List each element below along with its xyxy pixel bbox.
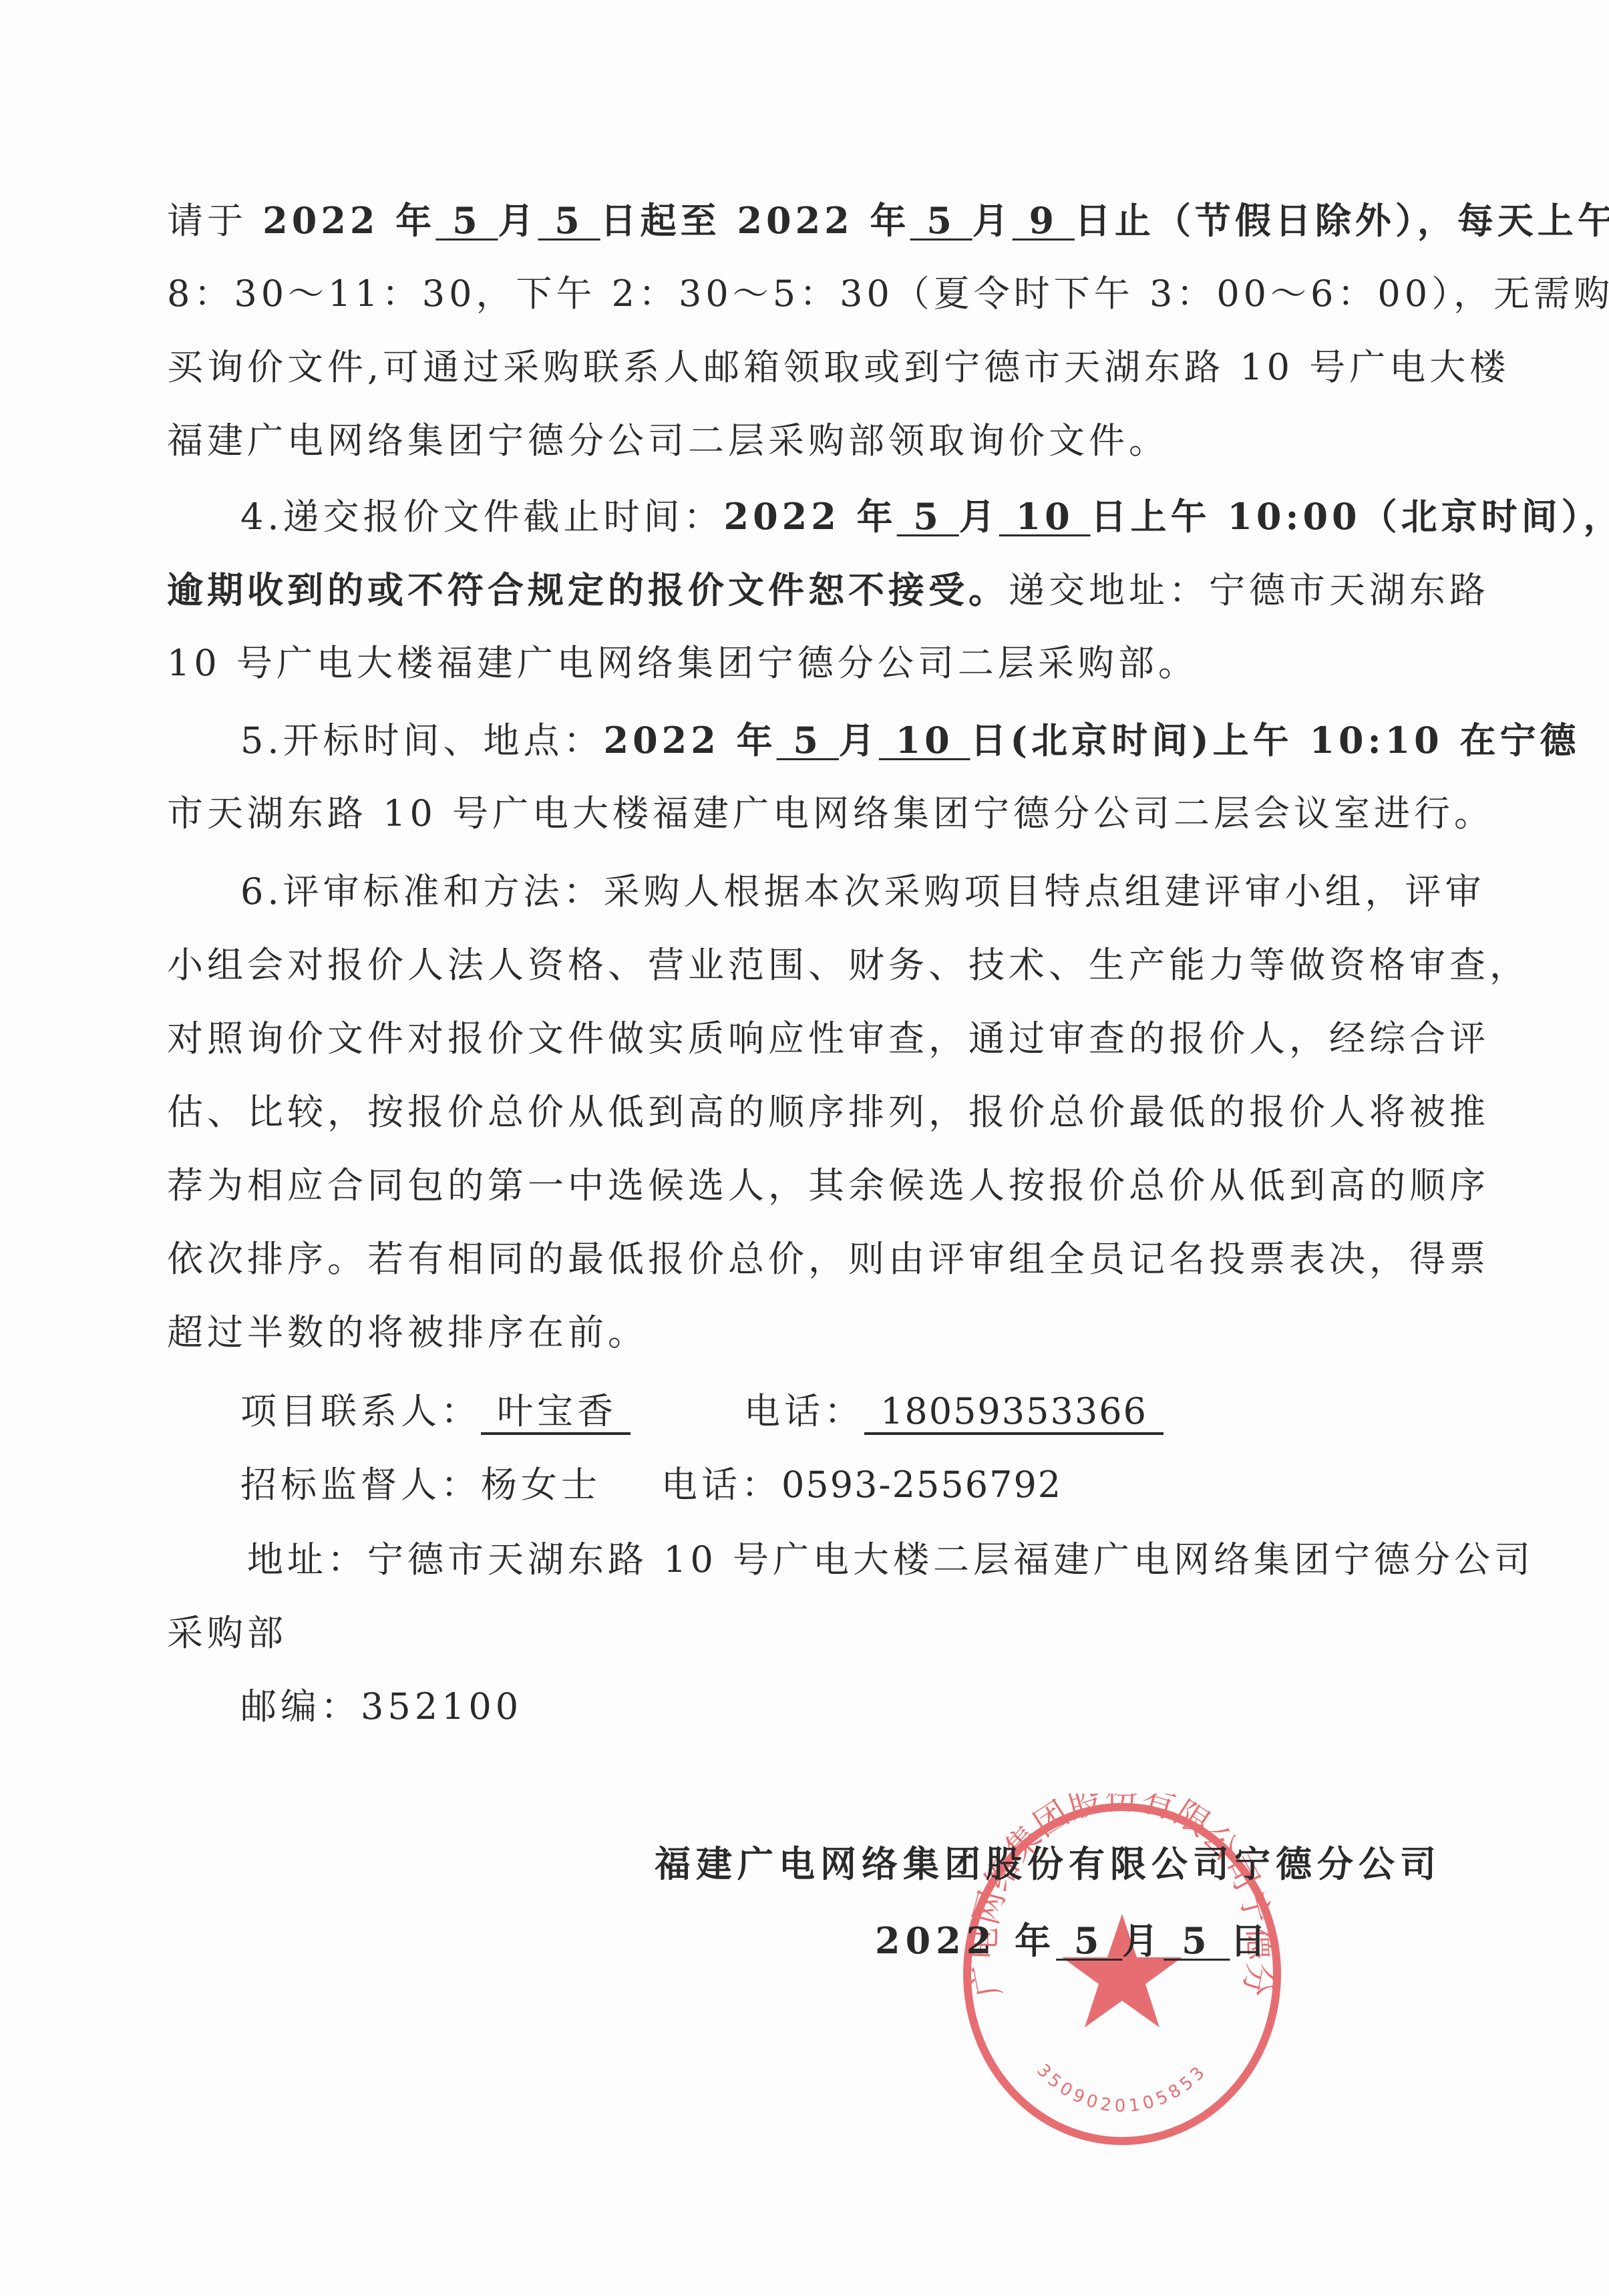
address-row-2: 采购部 (167, 1610, 1449, 1657)
day-field: 9 (1013, 199, 1075, 242)
text: 月 (1122, 1919, 1164, 1962)
year: 2022 年 (724, 495, 897, 538)
year: 2022 年 (875, 1919, 1056, 1962)
supervisor-name: 杨女士 (481, 1464, 601, 1506)
year: 2022 年 (262, 199, 435, 242)
month-field: 5 (910, 199, 972, 242)
para3-line2: 8：30～11：30，下午 2：30～5：30（夏令时下午 3：00～6：00）… (167, 271, 1449, 317)
item5-line1: 5.开标时间、地点：2022 年 5 月 10 日(北京时间)上午 10:10 … (240, 717, 1449, 764)
document-page: 请于 2022 年 5 月 5 日起至 2022 年 5 月 9 日止（节假日除… (0, 0, 1609, 2296)
para3-line4: 福建广电网络集团宁德分公司二层采购部领取询价文件。 (167, 418, 1449, 464)
text: 日止（节假日除外），每天上午 (1075, 199, 1609, 242)
label: 邮编： (240, 1685, 361, 1728)
text: 月 (972, 199, 1013, 242)
item6-line6: 依次排序。若有相同的最低报价总价，则由评审组全员记名投票表决，得票 (167, 1236, 1449, 1283)
project-phone: 18059353366 (864, 1391, 1164, 1435)
item5-line2: 市天湖东路 10 号广电大楼福建广电网络集团宁德分公司二层会议室进行。 (167, 790, 1449, 837)
postcode-row: 邮编：352100 (240, 1683, 1523, 1730)
month-field: 5 (777, 719, 839, 762)
item6-line7: 超过半数的将被排序在前。 (167, 1309, 1449, 1356)
label: 招标监督人： (240, 1464, 481, 1506)
item6-line2: 小组会对报价人法人资格、营业范围、财务、技术、生产能力等做资格审查， (167, 942, 1449, 989)
para3-line3: 买询价文件,可通过采购联系人邮箱领取或到宁德市天湖东路 10 号广电大楼 (167, 344, 1449, 391)
day-field: 10 (999, 495, 1091, 538)
year: 2022 年 (604, 719, 777, 762)
text: 请于 (167, 200, 262, 242)
month-field: 5 (897, 495, 959, 538)
address-row: 地址：宁德市天湖东路 10 号广电大楼二层福建广电网络集团宁德分公司 (247, 1536, 1449, 1583)
text: 日(北京时间)上午 10:10 在宁德 (970, 719, 1580, 762)
label: 电话： (661, 1464, 781, 1506)
text: 日上午 10:00（北京时间）， (1091, 495, 1609, 538)
label: 电话： (744, 1390, 864, 1432)
para3-line1: 请于 2022 年 5 月 5 日起至 2022 年 5 月 9 日止（节假日除… (167, 197, 1449, 244)
item4-line1: 4.递交报价文件截止时间：2022 年 5 月 10 日上午 10:00（北京时… (240, 493, 1449, 540)
signature-date: 2022 年 5 月 5 日 (875, 1917, 1271, 1965)
signature-company: 福建广电网络集团股份有限公司宁德分公司 (655, 1840, 1441, 1887)
text: 日 (1230, 1919, 1271, 1962)
project-contact-name: 叶宝香 (481, 1391, 631, 1435)
address: 宁德市天湖东路 10 号广电大楼二层福建广电网络集团宁德分公司 (367, 1538, 1534, 1581)
day-field: 5 (1164, 1919, 1230, 1962)
label: 4.递交报价文件截止时间： (240, 496, 724, 538)
item4-line3: 10 号广电大楼福建广电网络集团宁德分公司二层采购部。 (167, 640, 1449, 687)
day-field: 5 (538, 199, 600, 242)
label: 5.开标时间、地点： (240, 719, 604, 762)
month-field: 5 (435, 199, 498, 242)
month-field: 5 (1056, 1919, 1122, 1962)
warning-text: 逾期收到的或不符合规定的报价文件恕不接受。 (167, 568, 1009, 611)
svg-text:3509020105853: 3509020105853 (1033, 2060, 1211, 2116)
text: 递交地址：宁德市天湖东路 (1009, 569, 1489, 611)
item4-line2: 逾期收到的或不符合规定的报价文件恕不接受。递交地址：宁德市天湖东路 (167, 566, 1449, 614)
item6-line4: 估、比较，按报价总价从低到高的顺序排列，报价总价最低的报价人将被推 (167, 1089, 1449, 1136)
item6-line5: 荐为相应合同包的第一中选候选人，其余候选人按报价总价从低到高的顺序 (167, 1162, 1449, 1209)
postcode: 352100 (361, 1685, 522, 1728)
text: 月 (498, 199, 538, 242)
label: 地址： (247, 1538, 367, 1581)
project-contact-row: 项目联系人：叶宝香电话：18059353366 (240, 1388, 1523, 1435)
item6-line1: 6.评审标准和方法：采购人根据本次采购项目特点组建评审小组，评审 (240, 868, 1449, 915)
label: 项目联系人： (240, 1390, 481, 1432)
supervisor-row: 招标监督人：杨女士电话：0593-2556792 (240, 1462, 1523, 1508)
item6-line3: 对照询价文件对报价文件做实质响应性审查，通过审查的报价人，经综合评 (167, 1015, 1449, 1062)
supervisor-phone: 0593-2556792 (781, 1464, 1062, 1506)
text: 月 (959, 495, 999, 538)
text: 月 (839, 719, 879, 762)
day-field: 10 (879, 719, 970, 762)
text: 日起至 2022 年 (600, 199, 910, 242)
